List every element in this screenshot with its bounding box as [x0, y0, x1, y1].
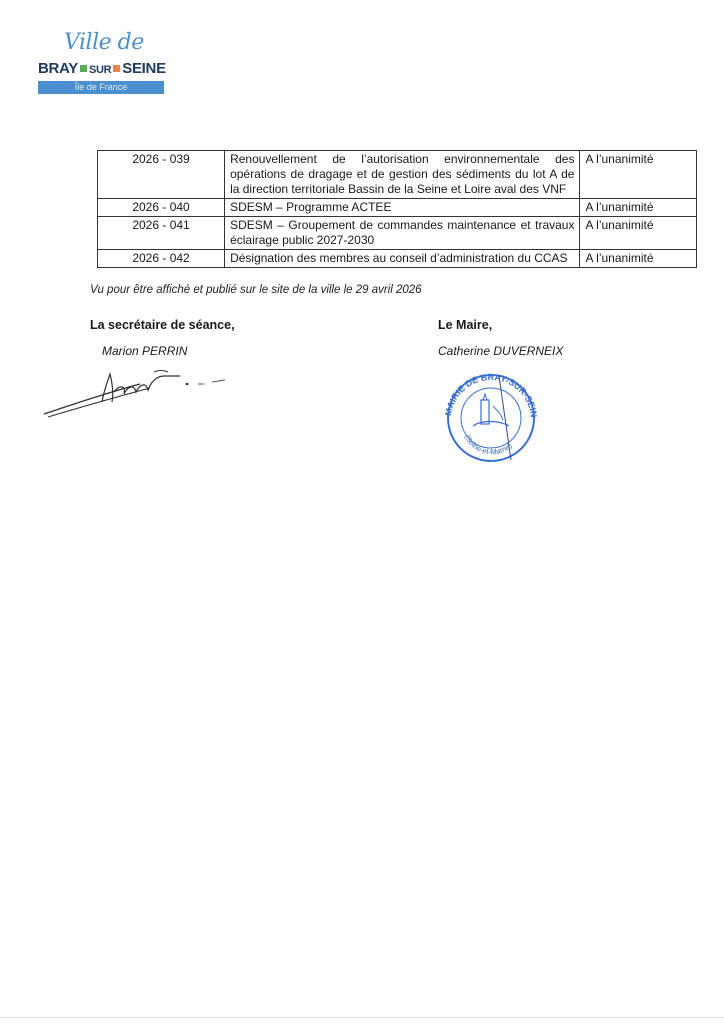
- deliberation-number: 2026 - 041: [98, 217, 225, 250]
- table-row: 2026 - 040 SDESM – Programme ACTEE A l’u…: [98, 199, 697, 217]
- publication-note: Vu pour être affiché et publié sur le si…: [90, 284, 422, 296]
- logo-word-sur: SUR: [89, 64, 111, 76]
- deliberation-vote: A l’unanimité: [580, 250, 697, 268]
- stamp-bottom-text: (Seine-et-Marne): [463, 433, 514, 456]
- mayor-title: Le Maire,: [438, 318, 492, 332]
- page-bottom-edge: [0, 1017, 724, 1018]
- deliberation-vote: A l’unanimité: [580, 151, 697, 199]
- svg-text:(Seine-et-Marne): (Seine-et-Marne): [463, 433, 514, 456]
- deliberation-subject: Désignation des membres au conseil d’adm…: [225, 250, 580, 268]
- table-row: 2026 - 042 Désignation des membres au co…: [98, 250, 697, 268]
- deliberation-vote: A l’unanimité: [580, 217, 697, 250]
- mayor-name: Catherine DUVERNEIX: [438, 344, 563, 358]
- logo-region-band: Île de France: [38, 81, 164, 94]
- deliberation-number: 2026 - 042: [98, 250, 225, 268]
- logo-script-text: Ville de: [64, 30, 144, 55]
- deliberation-number: 2026 - 039: [98, 151, 225, 199]
- stamp-top-text: MAIRIE DE BRAY-SUR-SEINE: [437, 370, 539, 418]
- town-logo: Ville de BRAYSURSEINE Île de France: [38, 30, 166, 96]
- secretary-name: Marion PERRIN: [102, 344, 187, 358]
- deliberation-subject: SDESM – Programme ACTEE: [225, 199, 580, 217]
- table-row: 2026 - 039 Renouvellement de l’autorisat…: [98, 151, 697, 199]
- logo-word-bray: BRAY: [38, 60, 78, 77]
- deliberation-vote: A l’unanimité: [580, 199, 697, 217]
- svg-text:MAIRIE DE BRAY-SUR-SEINE: MAIRIE DE BRAY-SUR-SEINE: [437, 370, 539, 418]
- secretary-signature: [40, 362, 230, 427]
- deliberation-subject: SDESM – Groupement de commandes maintena…: [225, 217, 580, 250]
- mayor-stamp: MAIRIE DE BRAY-SUR-SEINE (Seine-et-Marne…: [437, 370, 547, 470]
- deliberation-number: 2026 - 040: [98, 199, 225, 217]
- table-row: 2026 - 041 SDESM – Groupement de command…: [98, 217, 697, 250]
- logo-word-seine: SEINE: [122, 60, 166, 77]
- green-square-icon: [80, 65, 87, 72]
- logo-brand-text: BRAYSURSEINE: [38, 60, 166, 77]
- deliberations-table: 2026 - 039 Renouvellement de l’autorisat…: [97, 150, 697, 268]
- orange-square-icon: [113, 65, 120, 72]
- deliberation-subject: Renouvellement de l’autorisation environ…: [225, 151, 580, 199]
- secretary-title: La secrétaire de séance,: [90, 318, 235, 332]
